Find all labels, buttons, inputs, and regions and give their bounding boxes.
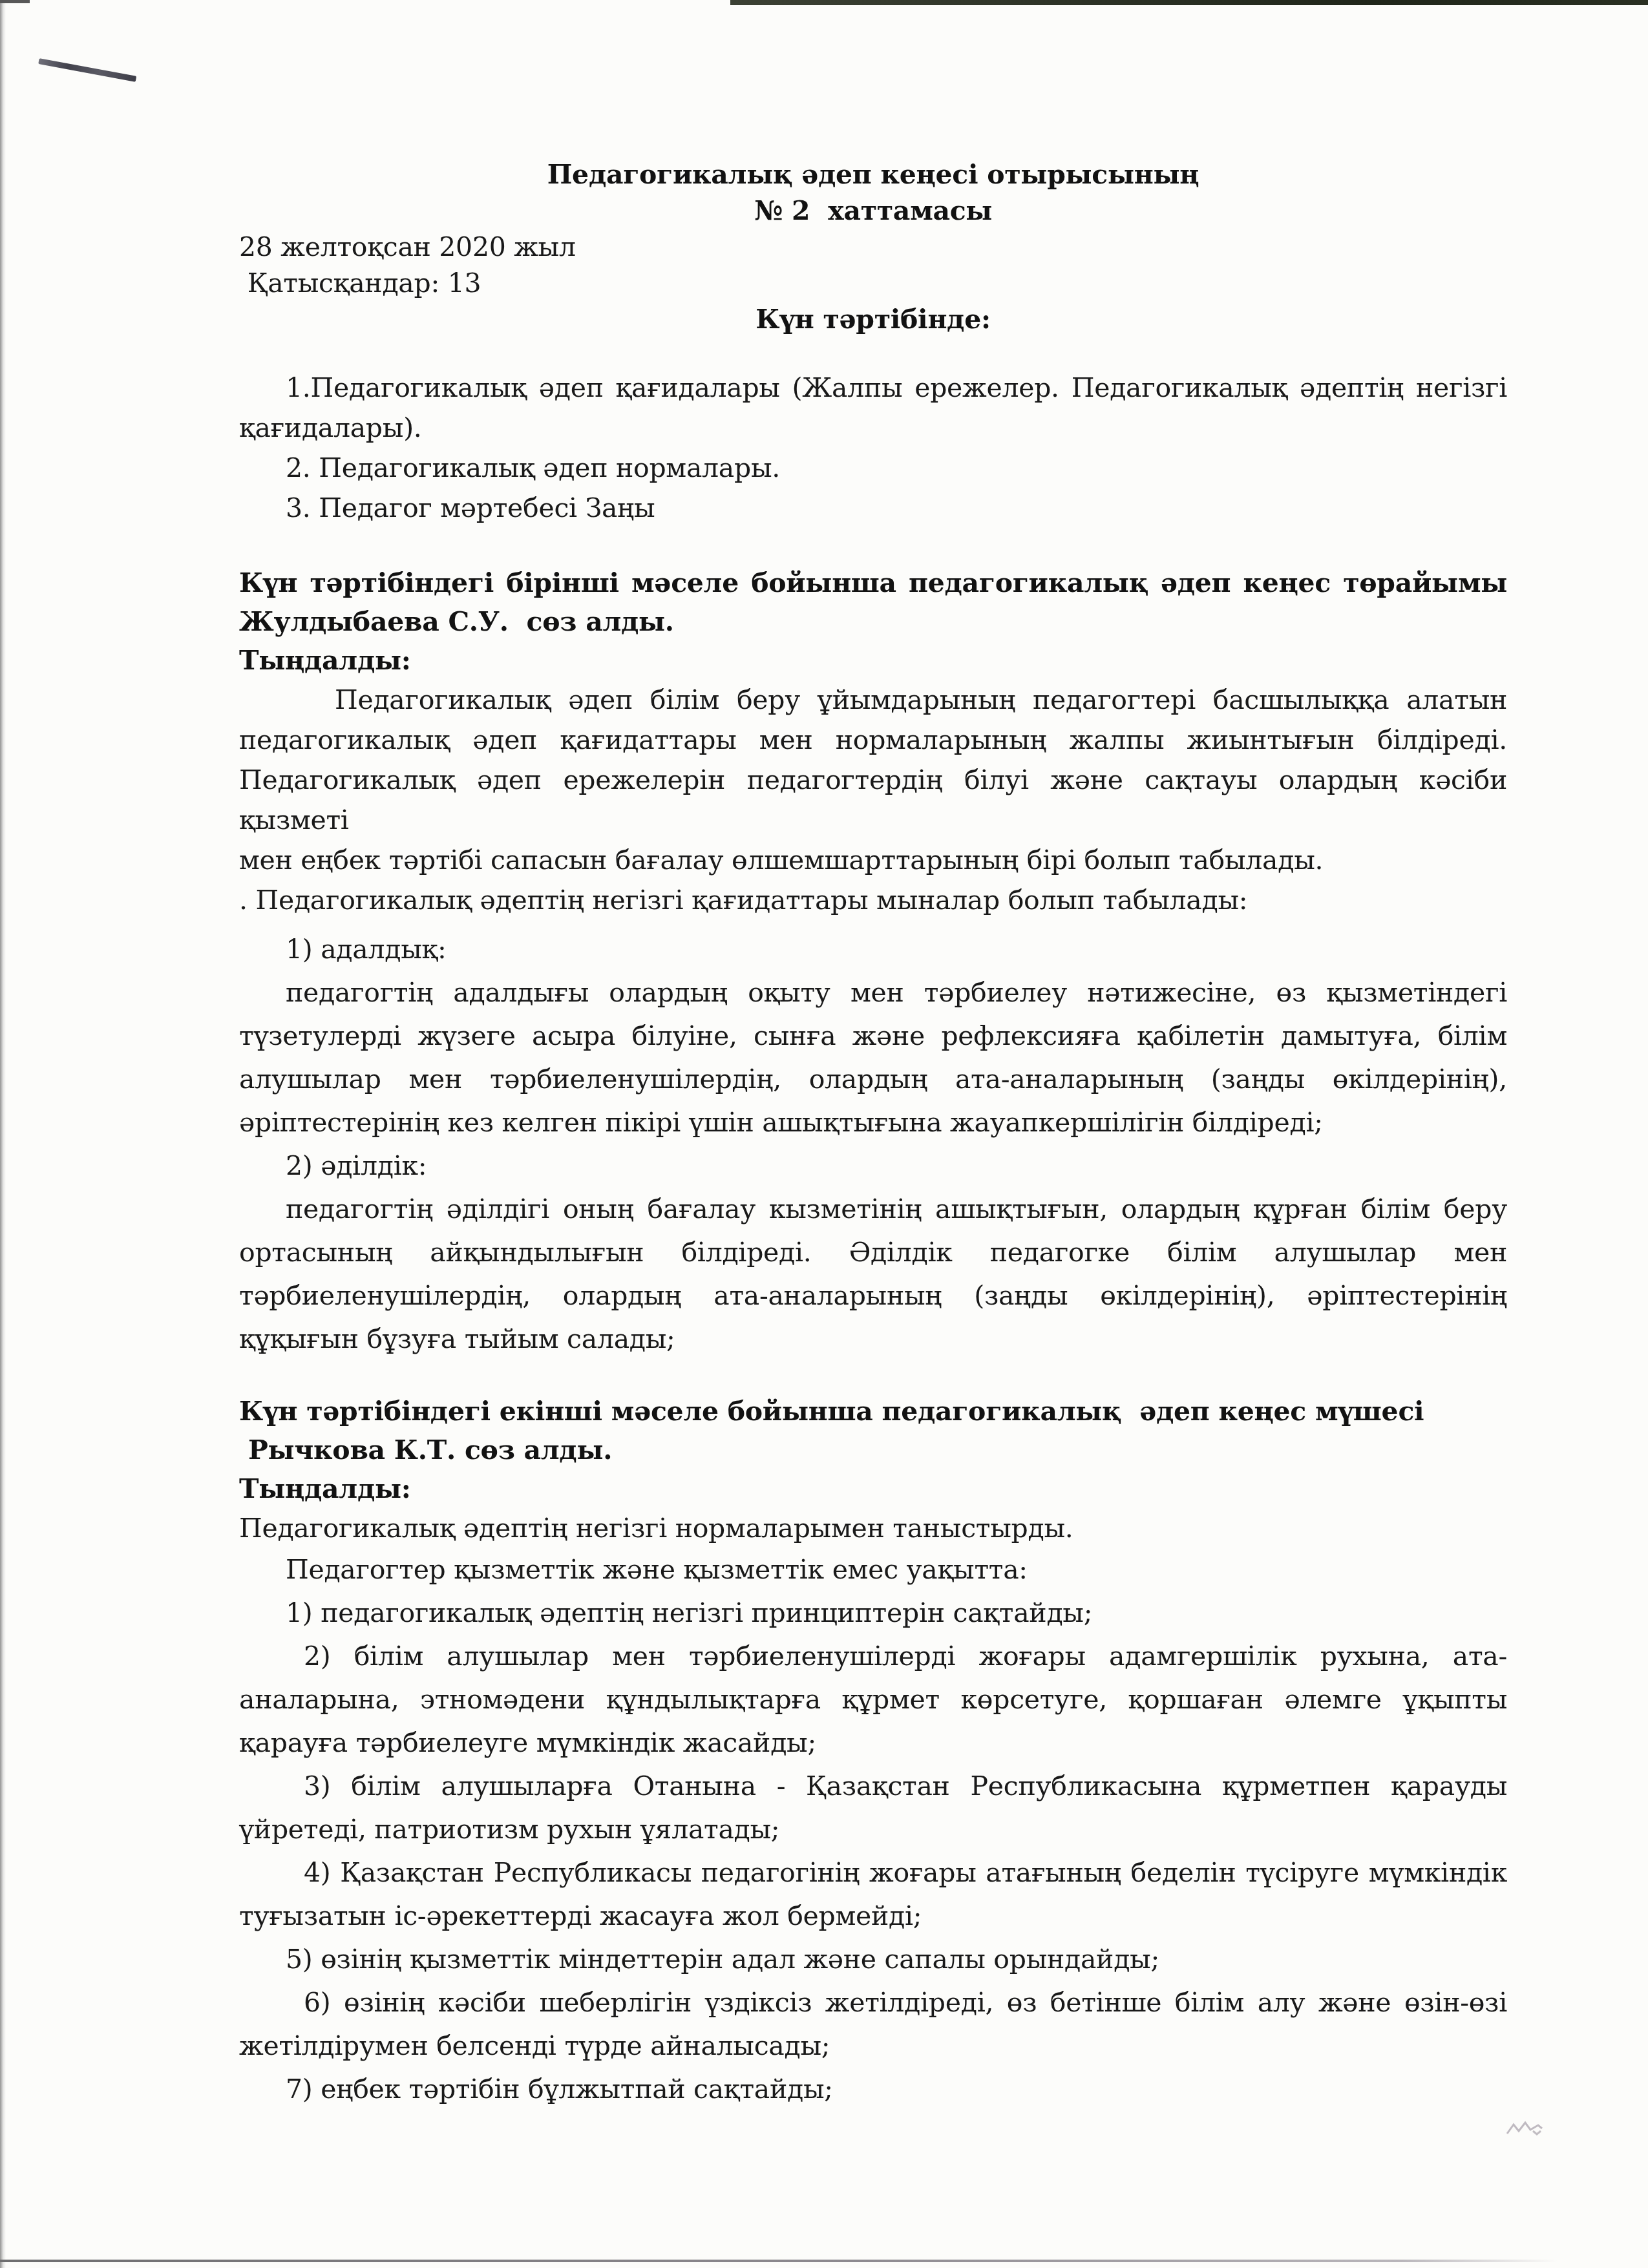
header-block: Педагогикалық әдеп кеңесі отырысының№ 2 … bbox=[239, 156, 1507, 337]
pen-squiggle-mark bbox=[1505, 2118, 1546, 2140]
norm-item-3: 3) білім алушыларға Отанына - Қазақстан … bbox=[239, 1765, 1507, 1808]
heard-label: Тыңдалды: bbox=[239, 641, 1507, 680]
protocol-number-line: № 2 хаттамасы bbox=[239, 193, 1507, 229]
norm-item-3-cont: үйретеді, патриотизм рухын ұялатады; bbox=[239, 1808, 1507, 1851]
participants-line: Қатысқандар: 13 bbox=[239, 265, 1507, 301]
norm-item-5: 5) өзінің қызметтік міндеттерін адал жән… bbox=[239, 1938, 1507, 1981]
body-line: Педагогикалық әдеп білім беру ұйымдарыны… bbox=[239, 680, 1507, 720]
agenda-item-3: 3. Педагог мәртебесі Заңы bbox=[239, 488, 1507, 528]
spacer bbox=[239, 337, 1507, 368]
body-line: тәрбиеленушілердің, олардың ата-аналарын… bbox=[239, 1274, 1507, 1318]
speaker-line: Жулдыбаева С.У. сөз алды. bbox=[239, 602, 1507, 641]
agenda-list-block: 1.Педагогикалық әдеп қағидалары (Жалпы е… bbox=[239, 368, 1507, 528]
principle-2-label: 2) әділдік: bbox=[239, 1144, 1507, 1188]
norm-item-2-cont: қарауға тәрбиелеуге мүмкіндік жасайды; bbox=[239, 1721, 1507, 1765]
first-issue-heading-block: Күн тәртібіндегі бірінші мәселе бойынша … bbox=[239, 563, 1507, 680]
speaker-line: Рычкова К.Т. сөз алды. bbox=[239, 1431, 1507, 1469]
date-line: 28 желтоқсан 2020 жыл bbox=[239, 229, 1507, 265]
principles-block: 1) адалдық:педагогтің адалдығы олардың о… bbox=[239, 928, 1507, 1361]
second-issue-heading-block: Күн тәртібіндегі екінші мәселе бойынша п… bbox=[239, 1392, 1507, 1508]
agenda-item-2: 2. Педагогикалық әдеп нормалары. bbox=[239, 448, 1507, 488]
body-line: ортасының айқындылығын білдіреді. Әділді… bbox=[239, 1231, 1507, 1274]
heard-label: Тыңдалды: bbox=[239, 1469, 1507, 1508]
body-line: мен еңбек тәртібі сапасын бағалау өлшемш… bbox=[239, 840, 1507, 880]
norm-item-4: 4) Қазақстан Республикасы педагогінің жо… bbox=[239, 1851, 1507, 1895]
norm-item-6-cont: жетілдірумен белсенді түрде айналысады; bbox=[239, 2024, 1507, 2068]
spacer bbox=[239, 528, 1507, 563]
section-heading: Күн тәртібіндегі бірінші мәселе бойынша … bbox=[239, 563, 1507, 602]
second-issue-intro-block: Педагогикалық әдептің негізгі нормаларым… bbox=[239, 1508, 1507, 1548]
scan-edge-top-shadow bbox=[730, 0, 1648, 5]
body-line: Педагогикалық әдептің негізгі нормаларым… bbox=[239, 1508, 1507, 1548]
body-line: педагогтің әділдігі оның бағалау кызметі… bbox=[239, 1188, 1507, 1231]
scan-edge-left-shadow bbox=[0, 0, 6, 2268]
agenda-item-1: 1.Педагогикалық әдеп қағидалары (Жалпы е… bbox=[239, 368, 1507, 408]
body-line: құқығын бұзуға тыйым салады; bbox=[239, 1318, 1507, 1361]
norm-item-4-cont: туғызатын іс-әрекеттерді жасауға жол бер… bbox=[239, 1895, 1507, 1938]
staple-mark bbox=[38, 58, 136, 82]
body-line: Педагогикалық әдеп ережелерін педагогтер… bbox=[239, 760, 1507, 840]
spacer bbox=[239, 1361, 1507, 1392]
document-text-body: Педагогикалық әдеп кеңесі отырысының№ 2 … bbox=[239, 156, 1507, 2111]
principle-1-label: 1) адалдық: bbox=[239, 928, 1507, 971]
doc-title-line: Педагогикалық әдеп кеңесі отырысының bbox=[239, 156, 1507, 193]
norms-intro-line: Педагогтер қызметтік және қызметтік емес… bbox=[239, 1548, 1507, 1591]
body-line: . Педагогикалық әдептің негізгі қағидатт… bbox=[239, 880, 1507, 920]
norm-item-2: 2) білім алушылар мен тәрбиеленушілерді … bbox=[239, 1635, 1507, 1678]
norm-item-1: 1) педагогикалық әдептің негізгі принцип… bbox=[239, 1591, 1507, 1635]
body-line: әріптестерінің кез келген пікірі үшін аш… bbox=[239, 1101, 1507, 1144]
norm-item-6: 6) өзінің кәсіби шеберлігін үздіксіз жет… bbox=[239, 1981, 1507, 2024]
norm-item-2-cont: аналарына, этномәдени құндылықтарға құрм… bbox=[239, 1678, 1507, 1721]
scan-corner-mark bbox=[0, 0, 30, 3]
scanned-document-page: Педагогикалық әдеп кеңесі отырысының№ 2 … bbox=[0, 0, 1648, 2268]
norm-item-7: 7) еңбек тәртібін бұлжытпай сақтайды; bbox=[239, 2068, 1507, 2111]
norms-block: Педагогтер қызметтік және қызметтік емес… bbox=[239, 1548, 1507, 2111]
spacer bbox=[239, 920, 1507, 928]
agenda-item-1-cont: қағидалары). bbox=[239, 408, 1507, 448]
body-line: педагогтің адалдығы олардың оқыту мен тә… bbox=[239, 971, 1507, 1014]
scan-edge-bottom-shadow bbox=[0, 2260, 1558, 2262]
body-line: педагогикалық әдеп қағидаттары мен норма… bbox=[239, 720, 1507, 760]
section-heading: Күн тәртібіндегі екінші мәселе бойынша п… bbox=[239, 1392, 1507, 1431]
agenda-heading: Күн тәртібінде: bbox=[239, 301, 1507, 337]
body-line: алушылар мен тәрбиеленушілердің, олардың… bbox=[239, 1058, 1507, 1101]
body-line: түзетулерді жүзеге асыра білуіне, сынға … bbox=[239, 1014, 1507, 1058]
first-issue-intro-block: Педагогикалық әдеп білім беру ұйымдарыны… bbox=[239, 680, 1507, 920]
